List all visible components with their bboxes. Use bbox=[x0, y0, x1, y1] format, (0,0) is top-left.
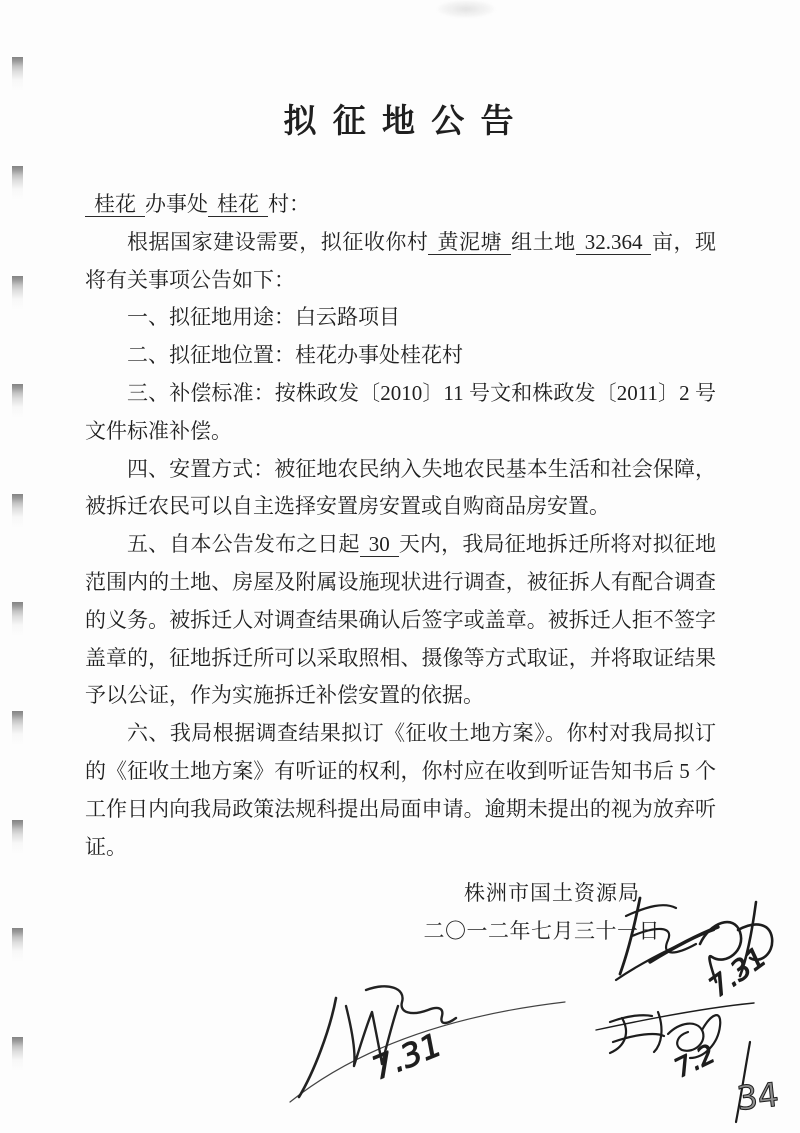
document-page: 拟 征 地 公 告 桂花办事处桂花村：根据国家建设需要，拟征收你村黄泥塘组土地3… bbox=[0, 0, 800, 1133]
handwritten-date-left: 7.31 bbox=[367, 1025, 447, 1087]
signature-bottom-right: 7.2 34 bbox=[596, 1003, 781, 1122]
page-number: 34 bbox=[735, 1075, 781, 1118]
signatures-layer: 7.31 7.31 7.2 34 bbox=[0, 0, 800, 1133]
signature-left: 7.31 bbox=[290, 986, 565, 1102]
signature-top-right: 7.31 bbox=[616, 898, 773, 1004]
